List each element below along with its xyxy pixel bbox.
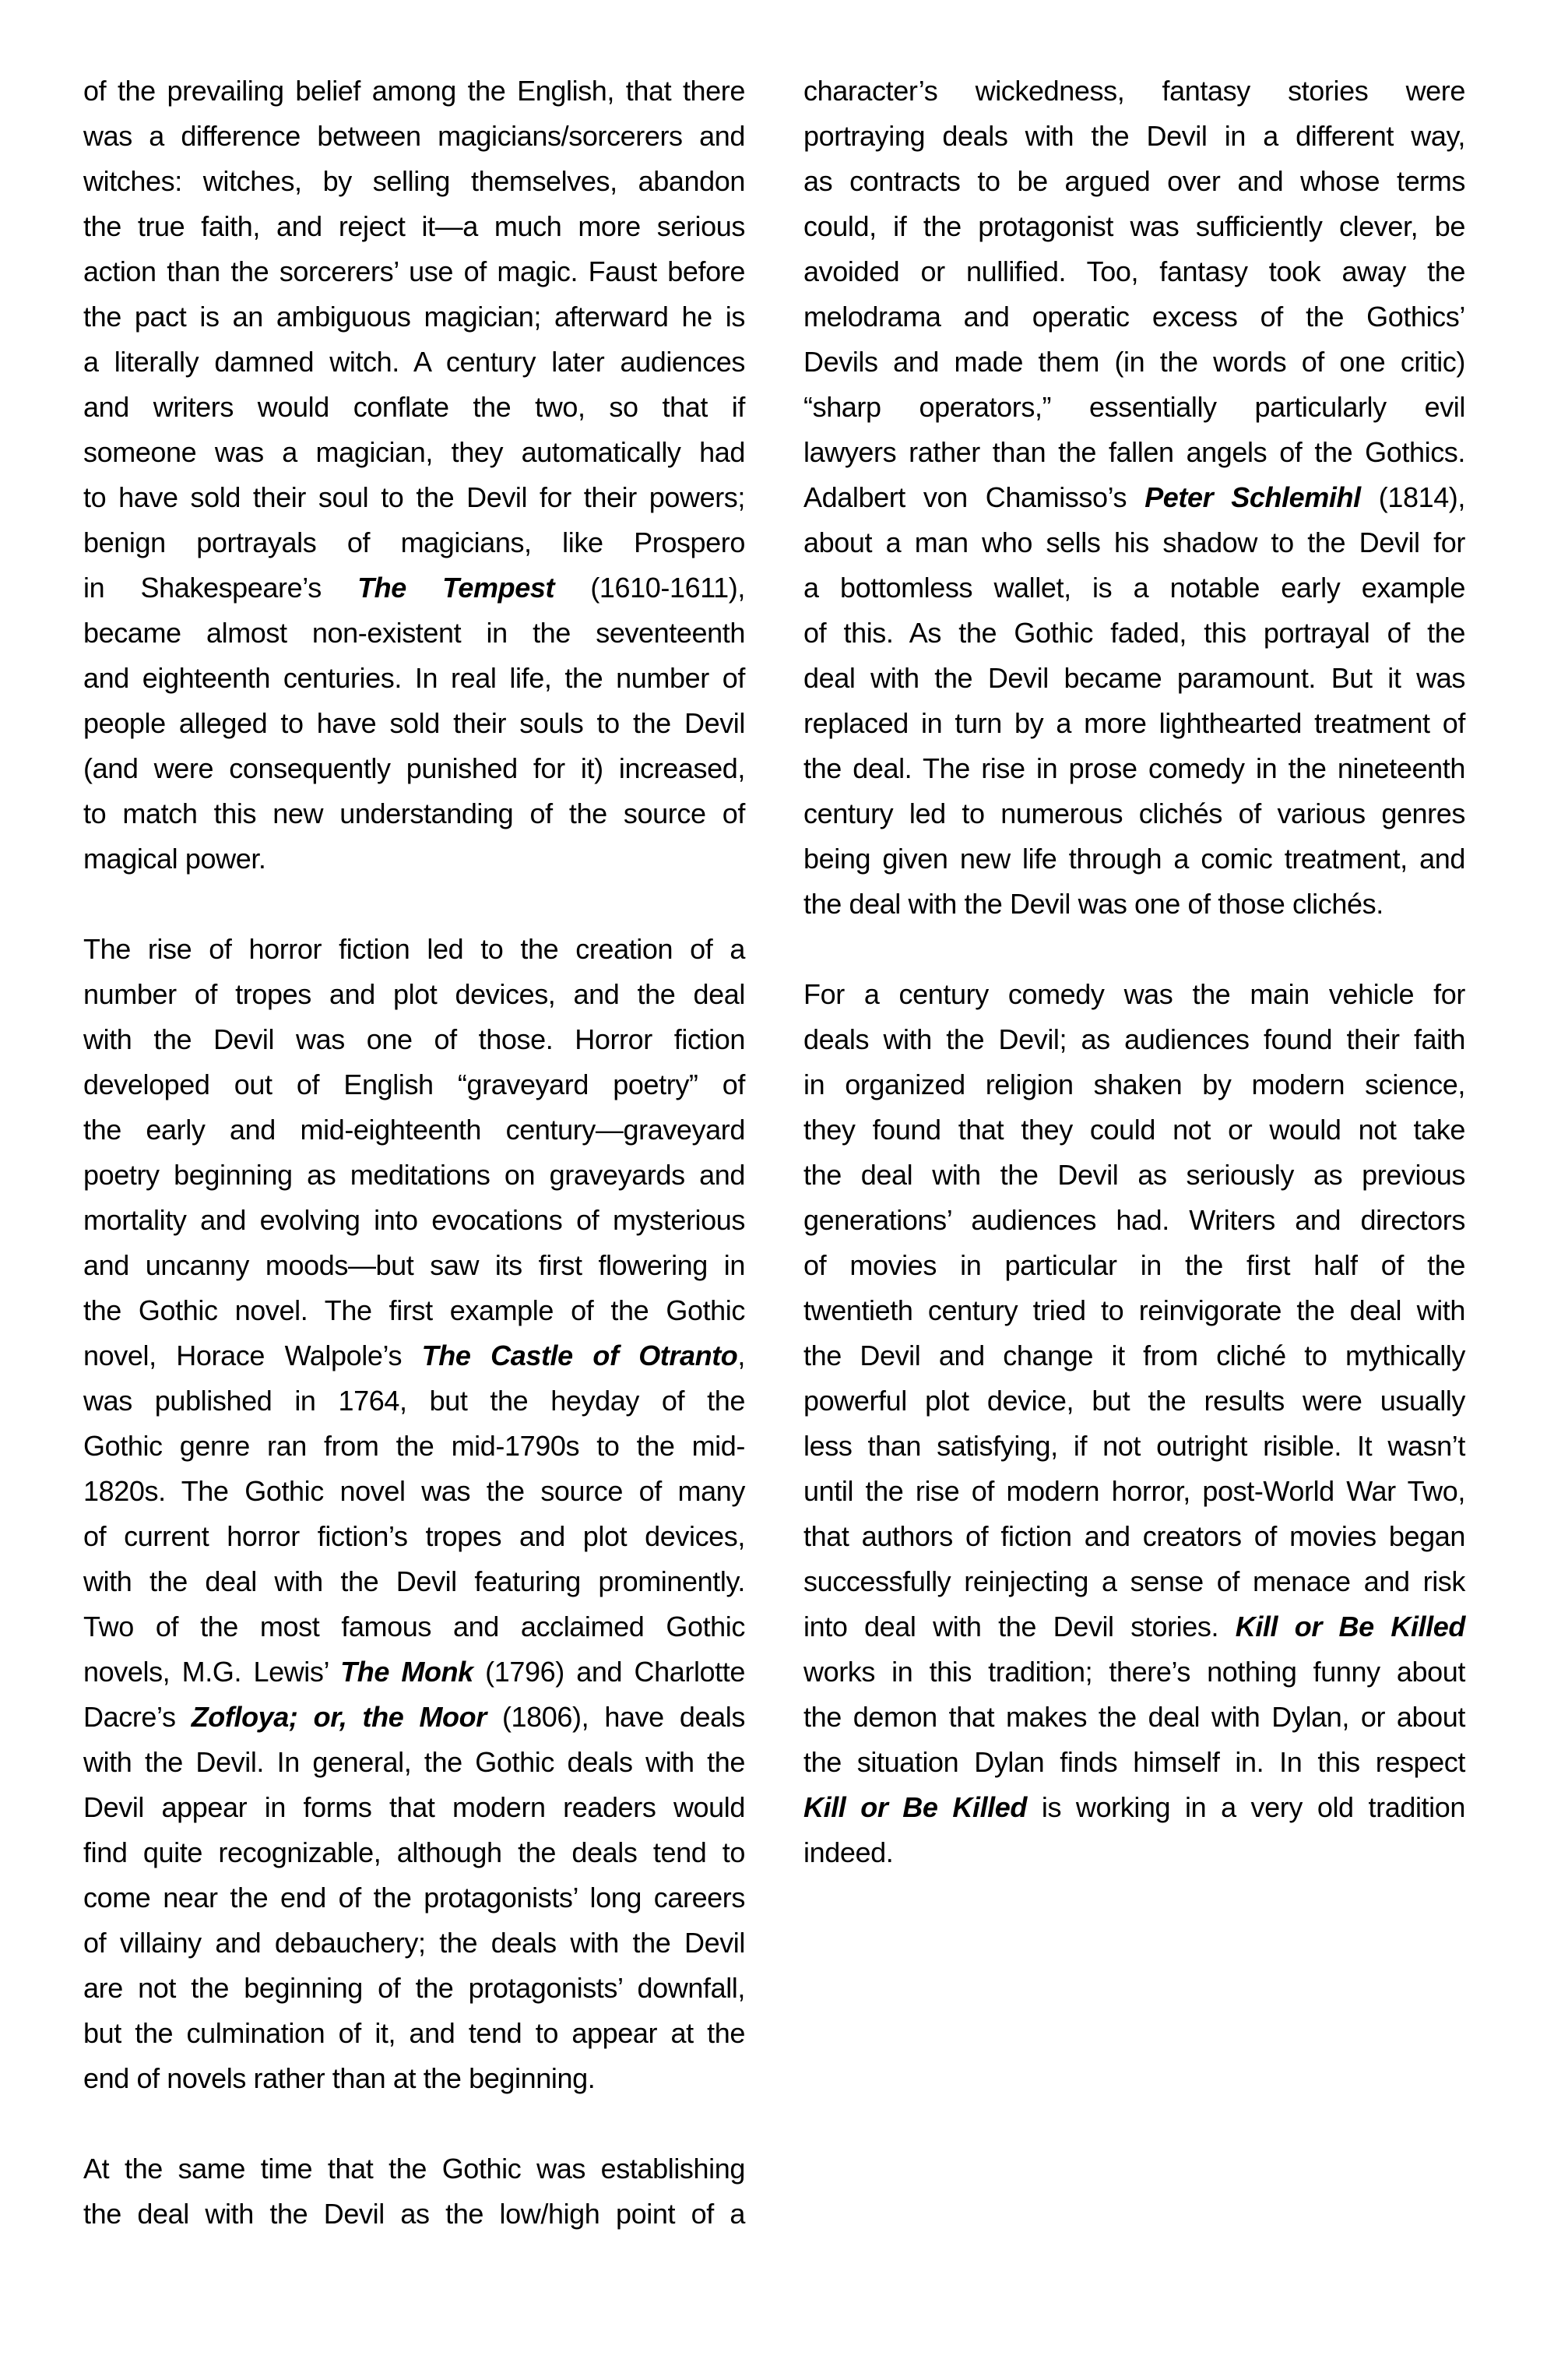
text-line: action than the sorcerers’ use of magic.… (83, 249, 745, 294)
text-line: became almost non-existent in the sevent… (83, 611, 745, 656)
text-line: developed out of English “graveyard poet… (83, 1062, 745, 1107)
text-line: but the culmination of it, and tend to a… (83, 2011, 745, 2056)
text-line: was published in 1764, but the heyday of… (83, 1378, 745, 1424)
book-title: The Castle of Otranto (422, 1340, 738, 1371)
text-line: mortality and evolving into evocations o… (83, 1198, 745, 1243)
text-column-left: of the prevailing belief among the Engli… (83, 69, 745, 2237)
text-line: of the prevailing belief among the Engli… (83, 69, 745, 114)
text-line: the Gothic novel. The first example of t… (83, 1288, 745, 1333)
text-line: end of novels rather than at the beginni… (83, 2056, 745, 2101)
text-line: until the rise of modern horror, post-Wo… (803, 1469, 1465, 1514)
paragraph: For a century comedy was the main vehicl… (803, 972, 1465, 1875)
text-line: and writers would conflate the two, so t… (83, 385, 745, 430)
text-line: character’s wickedness, fantasy stories … (803, 69, 1465, 114)
text-line: magical power. (83, 836, 745, 882)
text-line: novel, Horace Walpole’s The Castle of Ot… (83, 1333, 745, 1378)
text-line: they found that they could not or would … (803, 1107, 1465, 1153)
paragraph: of the prevailing belief among the Engli… (83, 69, 745, 882)
text-line: into deal with the Devil stories. Kill o… (803, 1604, 1465, 1649)
text-line: avoided or nullified. Too, fantasy took … (803, 249, 1465, 294)
text-line: could, if the protagonist was sufficient… (803, 204, 1465, 249)
text-line: deal with the Devil became paramount. Bu… (803, 656, 1465, 701)
text-line: to have sold their soul to the Devil for… (83, 475, 745, 520)
text-line: of movies in particular in the first hal… (803, 1243, 1465, 1288)
text-line: the deal with the Devil was one of those… (803, 882, 1465, 927)
text-line: Dacre’s Zofloya; or, the Moor (1806), ha… (83, 1695, 745, 1740)
two-column-text-block: of the prevailing belief among the Engli… (83, 69, 1465, 2237)
book-title: Peter Schlemihl (1144, 481, 1361, 513)
text-line: as contracts to be argued over and whose… (803, 159, 1465, 204)
text-line: successfully reinjecting a sense of mena… (803, 1559, 1465, 1604)
text-line: less than satisfying, if not outright ri… (803, 1424, 1465, 1469)
text-line: generations’ audiences had. Writers and … (803, 1198, 1465, 1243)
text-line: Devils and made them (in the words of on… (803, 340, 1465, 385)
text-line: poetry beginning as meditations on grave… (83, 1153, 745, 1198)
text-line: to match this new understanding of the s… (83, 791, 745, 836)
text-line: At the same time that the Gothic was est… (83, 2146, 745, 2192)
text-line: number of tropes and plot devices, and t… (83, 972, 745, 1017)
text-line: Devil appear in forms that modern reader… (83, 1785, 745, 1830)
text-line: with the Devil was one of those. Horror … (83, 1017, 745, 1062)
text-line: For a century comedy was the main vehicl… (803, 972, 1465, 1017)
text-line: the deal with the Devil as seriously as … (803, 1153, 1465, 1198)
text-line: indeed. (803, 1830, 1465, 1875)
paragraph: character’s wickedness, fantasy stories … (803, 69, 1465, 927)
text-line: deals with the Devil; as audiences found… (803, 1017, 1465, 1062)
document-page: of the prevailing belief among the Engli… (0, 0, 1547, 2380)
text-line: (and were consequently punished for it) … (83, 746, 745, 791)
text-line: the pact is an ambiguous magician; after… (83, 294, 745, 340)
book-title: Kill or Be Killed (803, 1791, 1027, 1823)
text-line: of current horror fiction’s tropes and p… (83, 1514, 745, 1559)
paragraph: The rise of horror fiction led to the cr… (83, 927, 745, 2101)
book-title: The Monk (340, 1656, 473, 1688)
book-title: Zofloya; or, the Moor (192, 1701, 487, 1733)
text-line: in Shakespeare’s The Tempest (1610-1611)… (83, 565, 745, 611)
text-line: twentieth century tried to reinvigorate … (803, 1288, 1465, 1333)
text-line: the early and mid-eighteenth century—gra… (83, 1107, 745, 1153)
text-line: and uncanny moods—but saw its first flow… (83, 1243, 745, 1288)
book-title: The Tempest (357, 572, 554, 604)
text-line: that authors of fiction and creators of … (803, 1514, 1465, 1559)
text-line: replaced in turn by a more lighthearted … (803, 701, 1465, 746)
text-line: Gothic genre ran from the mid-1790s to t… (83, 1424, 745, 1469)
text-line: and eighteenth centuries. In real life, … (83, 656, 745, 701)
text-line: the Devil and change it from cliché to m… (803, 1333, 1465, 1378)
text-line: a bottomless wallet, is a notable early … (803, 565, 1465, 611)
text-line: works in this tradition; there’s nothing… (803, 1649, 1465, 1695)
text-line: Adalbert von Chamisso’s Peter Schlemihl … (803, 475, 1465, 520)
text-line: in organized religion shaken by modern s… (803, 1062, 1465, 1107)
text-line: with the deal with the Devil featuring p… (83, 1559, 745, 1604)
text-line: the true faith, and reject it—a much mor… (83, 204, 745, 249)
text-line: 1820s. The Gothic novel was the source o… (83, 1469, 745, 1514)
text-line: of this. As the Gothic faded, this portr… (803, 611, 1465, 656)
text-column-right: character’s wickedness, fantasy stories … (803, 69, 1465, 2237)
text-line: century led to numerous clichés of vario… (803, 791, 1465, 836)
text-line: about a man who sells his shadow to the … (803, 520, 1465, 565)
text-line: people alleged to have sold their souls … (83, 701, 745, 746)
text-line: the deal. The rise in prose comedy in th… (803, 746, 1465, 791)
text-line: come near the end of the protagonists’ l… (83, 1875, 745, 1921)
text-line: lawyers rather than the fallen angels of… (803, 430, 1465, 475)
text-line: the demon that makes the deal with Dylan… (803, 1695, 1465, 1740)
text-line: “sharp operators,” essentially particula… (803, 385, 1465, 430)
text-line: being given new life through a comic tre… (803, 836, 1465, 882)
text-line: the deal with the Devil as the low/high … (83, 2192, 745, 2237)
text-line: The rise of horror fiction led to the cr… (83, 927, 745, 972)
text-line: was a difference between magicians/sorce… (83, 114, 745, 159)
text-line: powerful plot device, but the results we… (803, 1378, 1465, 1424)
text-line: the situation Dylan finds himself in. In… (803, 1740, 1465, 1785)
paragraph: At the same time that the Gothic was est… (83, 2146, 745, 2237)
text-line: portraying deals with the Devil in a dif… (803, 114, 1465, 159)
book-title: Kill or Be Killed (1236, 1611, 1465, 1642)
text-line: benign portrayals of magicians, like Pro… (83, 520, 745, 565)
text-line: with the Devil. In general, the Gothic d… (83, 1740, 745, 1785)
text-line: novels, M.G. Lewis’ The Monk (1796) and … (83, 1649, 745, 1695)
text-line: Kill or Be Killed is working in a very o… (803, 1785, 1465, 1830)
text-line: witches: witches, by selling themselves,… (83, 159, 745, 204)
text-line: someone was a magician, they automatical… (83, 430, 745, 475)
text-line: Two of the most famous and acclaimed Got… (83, 1604, 745, 1649)
text-line: are not the beginning of the protagonist… (83, 1966, 745, 2011)
text-line: of villainy and debauchery; the deals wi… (83, 1921, 745, 1966)
text-line: a literally damned witch. A century late… (83, 340, 745, 385)
text-line: find quite recognizable, although the de… (83, 1830, 745, 1875)
text-line: melodrama and operatic excess of the Got… (803, 294, 1465, 340)
